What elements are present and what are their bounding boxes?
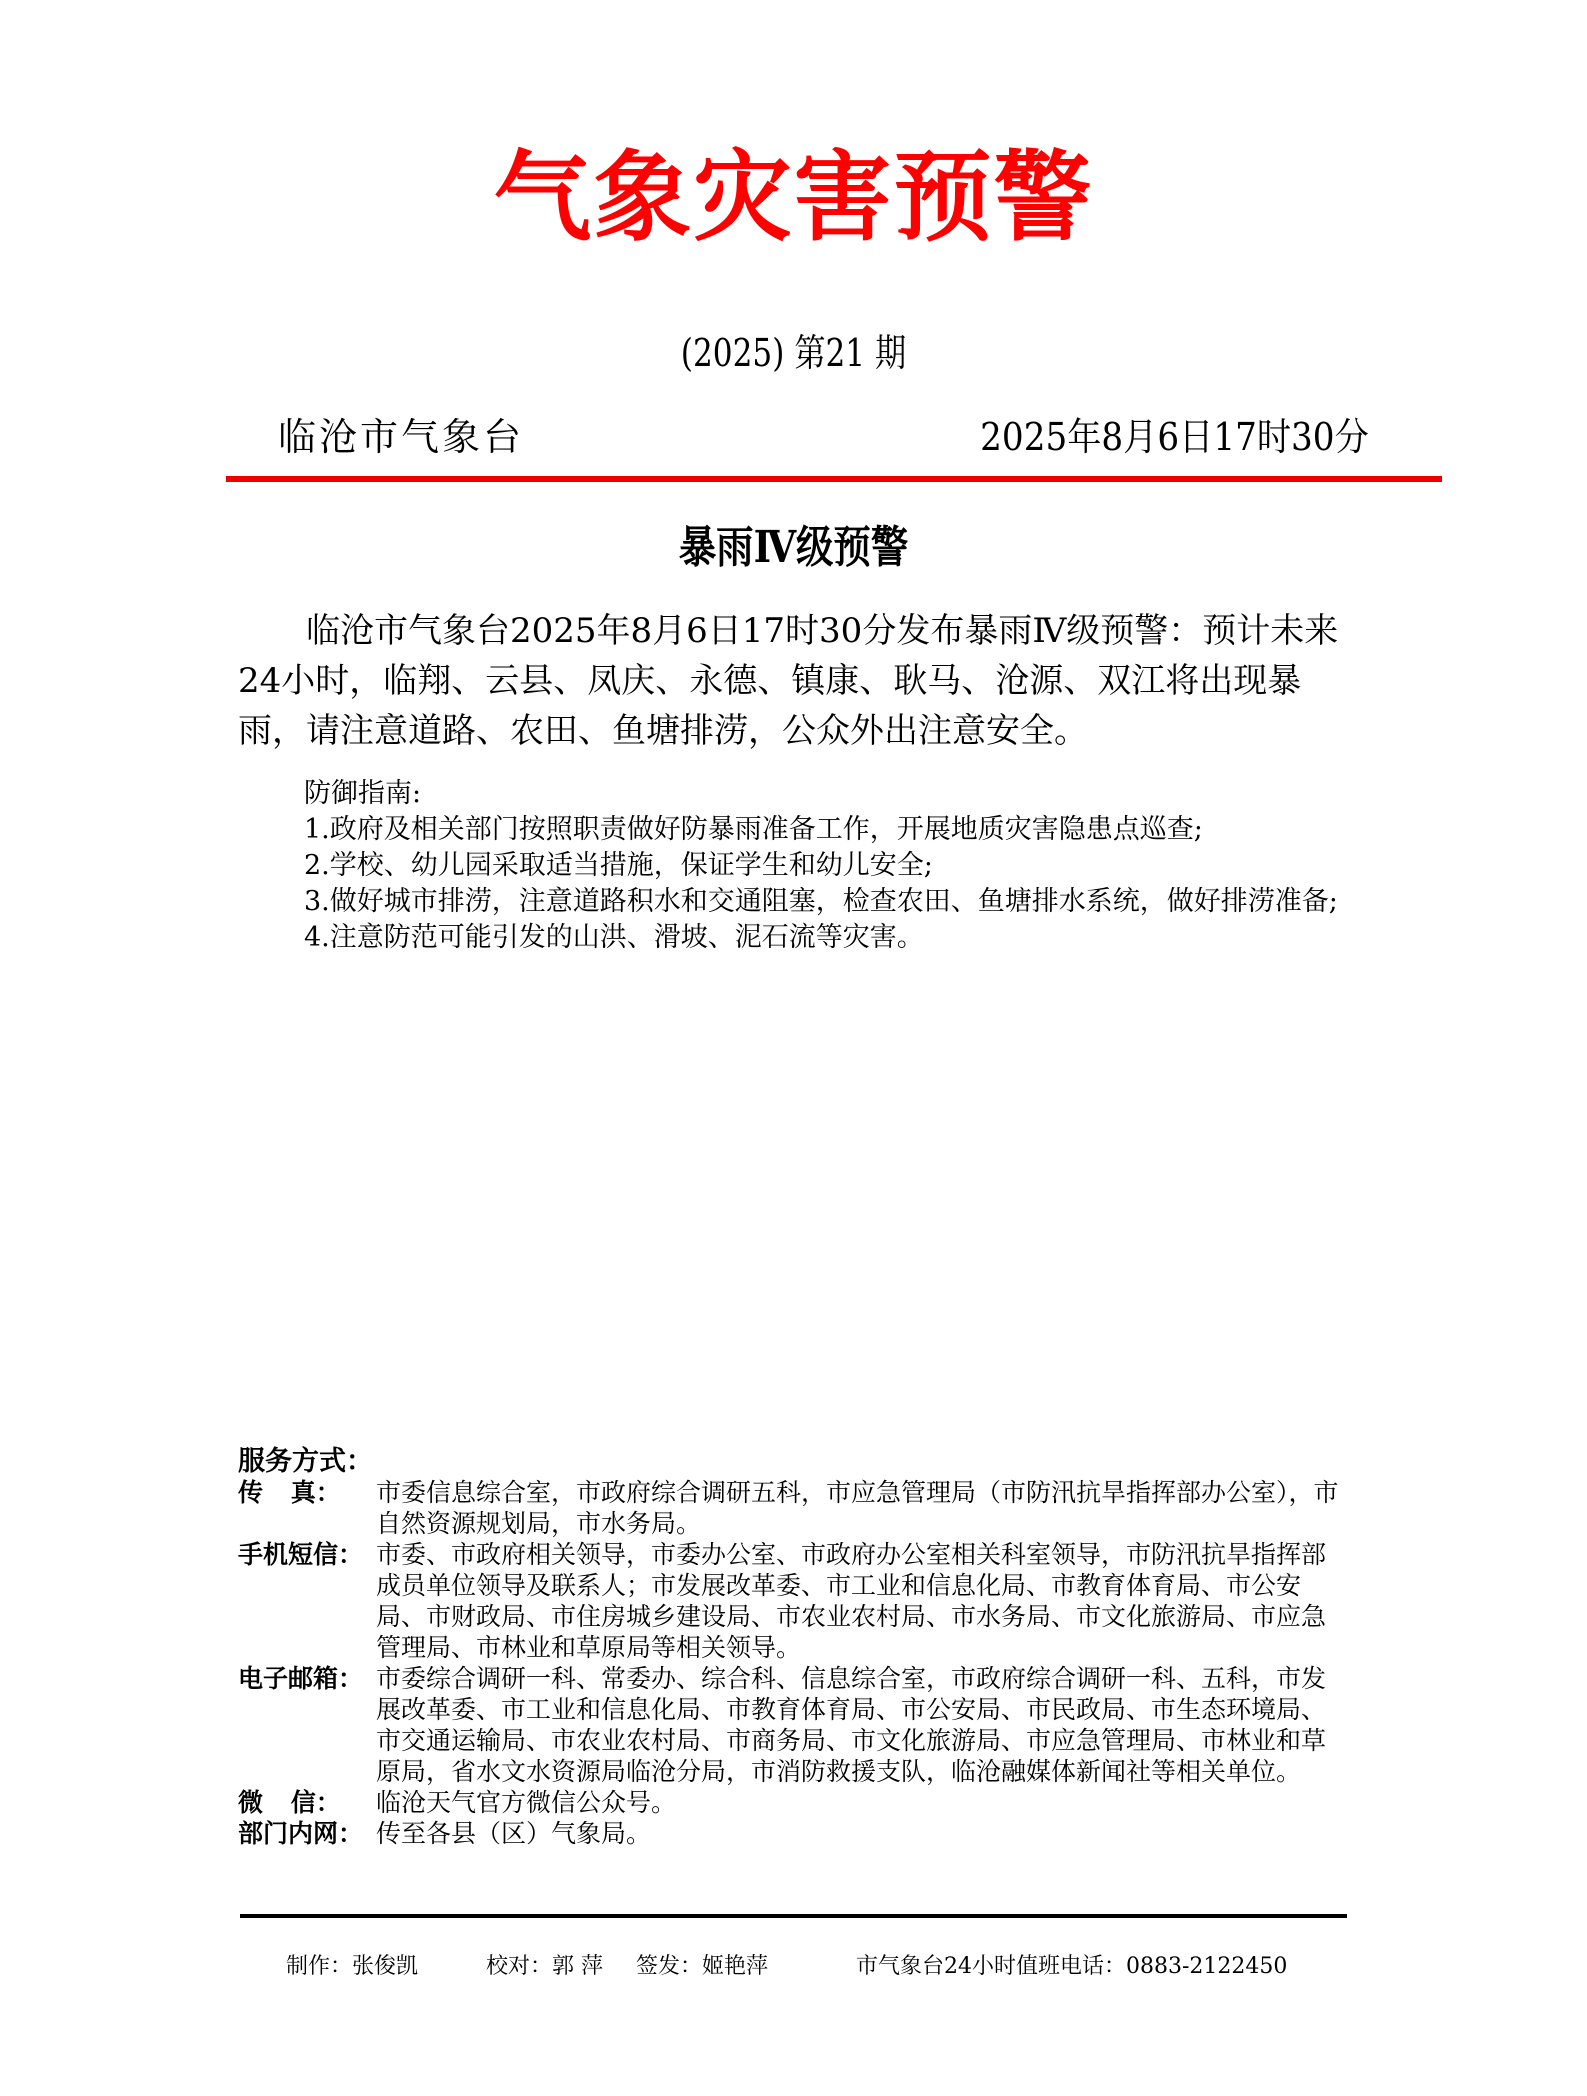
footer-approver: 签发：姬艳萍 xyxy=(636,1952,856,1982)
warning-body: 临沧市气象台2025年8月6日17时30分发布暴雨Ⅳ级预警：预计未来24小时，临… xyxy=(238,606,1363,756)
service-label: 微 信： xyxy=(238,1788,376,1819)
footer-proofreader: 校对：郭 萍 xyxy=(486,1952,636,1982)
service-text: 传至各县（区）气象局。 xyxy=(376,1819,1348,1850)
footer-hotline: 市气象台24小时值班电话：0883-2122450 xyxy=(856,1952,1287,1982)
footer: 制作：张俊凯校对：郭 萍签发：姬艳萍市气象台24小时值班电话：0883-2122… xyxy=(272,1922,1287,1982)
service-row-intranet: 部门内网： 传至各县（区）气象局。 xyxy=(238,1819,1348,1850)
footer-producer: 制作：张俊凯 xyxy=(286,1952,486,1982)
service-label: 传 真： xyxy=(238,1478,376,1540)
issuer: 临沧市气象台 xyxy=(278,412,524,462)
service-text: 临沧天气官方微信公众号。 xyxy=(376,1788,1348,1819)
defense-guide: 防御指南: 1.政府及相关部门按照职责做好防暴雨准备工作，开展地质灾害隐患点巡查… xyxy=(304,776,1354,956)
red-divider xyxy=(226,476,1442,482)
footer-divider xyxy=(240,1914,1347,1918)
guide-item: 2.学校、幼儿园采取适当措施，保证学生和幼儿安全; xyxy=(304,848,1354,884)
service-text: 市委信息综合室，市政府综合调研五科，市应急管理局（市防汛抗旱指挥部办公室），市自… xyxy=(376,1478,1348,1540)
service-section: 服务方式： 传 真： 市委信息综合室，市政府综合调研五科，市应急管理局（市防汛抗… xyxy=(238,1446,1348,1850)
guide-item: 3.做好城市排涝，注意道路积水和交通阻塞，检查农田、鱼塘排水系统，做好排涝准备; xyxy=(304,884,1354,920)
service-label: 电子邮箱： xyxy=(238,1664,376,1788)
service-row-wechat: 微 信： 临沧天气官方微信公众号。 xyxy=(238,1788,1348,1819)
guide-title: 防御指南: xyxy=(304,776,1354,812)
service-row-fax: 传 真： 市委信息综合室，市政府综合调研五科，市应急管理局（市防汛抗旱指挥部办公… xyxy=(238,1478,1348,1540)
service-row-email: 电子邮箱： 市委综合调研一科、常委办、综合科、信息综合室，市政府综合调研一科、五… xyxy=(238,1664,1348,1788)
service-label: 手机短信： xyxy=(238,1540,376,1664)
guide-item: 1.政府及相关部门按照职责做好防暴雨准备工作，开展地质灾害隐患点巡查; xyxy=(304,812,1354,848)
masthead-title: 气象灾害预警 xyxy=(0,138,1587,258)
issue-number: (2025) 第21 期 xyxy=(143,328,1444,378)
service-text: 市委、市政府相关领导，市委办公室、市政府办公室相关科室领导，市防汛抗旱指挥部成员… xyxy=(376,1540,1348,1664)
service-title: 服务方式： xyxy=(238,1446,1348,1477)
service-text: 市委综合调研一科、常委办、综合科、信息综合室，市政府综合调研一科、五科，市发展改… xyxy=(376,1664,1348,1788)
service-label: 部门内网： xyxy=(238,1819,376,1850)
issue-time: 2025年8月6日17时30分 xyxy=(980,412,1369,462)
service-row-sms: 手机短信： 市委、市政府相关领导，市委办公室、市政府办公室相关科室领导，市防汛抗… xyxy=(238,1540,1348,1664)
warning-headline: 暴雨Ⅳ级预警 xyxy=(119,518,1468,578)
guide-item: 4.注意防范可能引发的山洪、滑坡、泥石流等灾害。 xyxy=(304,920,1354,956)
